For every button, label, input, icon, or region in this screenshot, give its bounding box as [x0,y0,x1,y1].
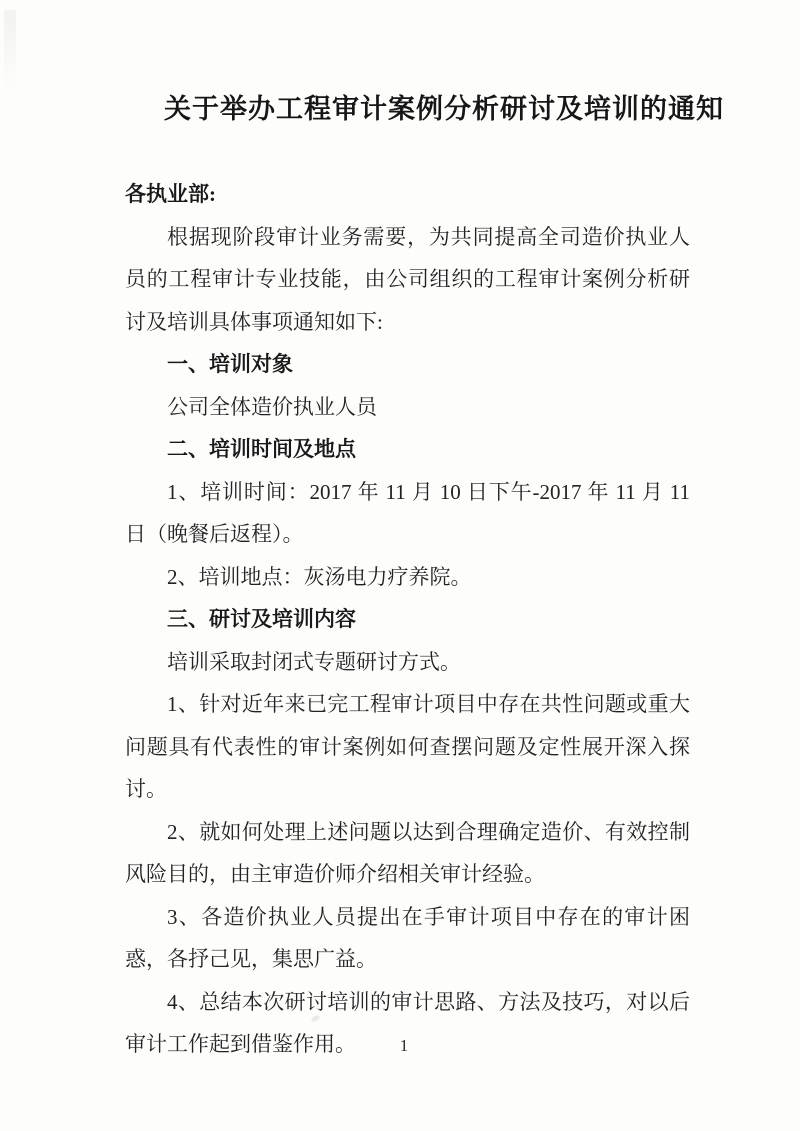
paragraph: 3、各造价执业人员提出在手审计项目中存在的审计困惑，各抒己见，集思广益。 [125,896,690,981]
section-heading: 三、研讨及培训内容 [125,598,690,641]
document-body: 各执业部: 根据现阶段审计业务需要，为共同提高全司造价执业人员的工程审计专业技能… [125,173,690,1066]
paragraph: 1、培训时间：2017 年 11 月 10 日下午-2017 年 11 月 11… [125,471,690,556]
scan-artifact-edge [4,10,16,100]
salutation: 各执业部: [125,173,690,216]
document-page: 关于举办工程审计案例分析研讨及培训的通知 各执业部: 根据现阶段审计业务需要，为… [0,0,800,1131]
page-number: 1 [0,1036,800,1056]
section-heading: 一、培训对象 [125,343,690,386]
paragraph: 1、针对近年来已完工程审计项目中存在共性问题或重大问题具有代表性的审计案例如何查… [125,683,690,811]
section-heading: 二、培训时间及地点 [125,428,690,471]
paragraph: 培训采取封闭式专题研讨方式。 [125,641,690,684]
paragraph: 2、就如何处理上述问题以达到合理确定造价、有效控制风险目的，由主审造价师介绍相关… [125,811,690,896]
paragraph: 根据现阶段审计业务需要，为共同提高全司造价执业人员的工程审计专业技能，由公司组织… [125,216,690,344]
document-title: 关于举办工程审计案例分析研讨及培训的通知 [88,90,800,128]
paragraph: 公司全体造价执业人员 [125,386,690,429]
paragraph: 2、培训地点：灰汤电力疗养院。 [125,556,690,599]
paragraph-list: 根据现阶段审计业务需要，为共同提高全司造价执业人员的工程审计专业技能，由公司组织… [125,216,690,1066]
